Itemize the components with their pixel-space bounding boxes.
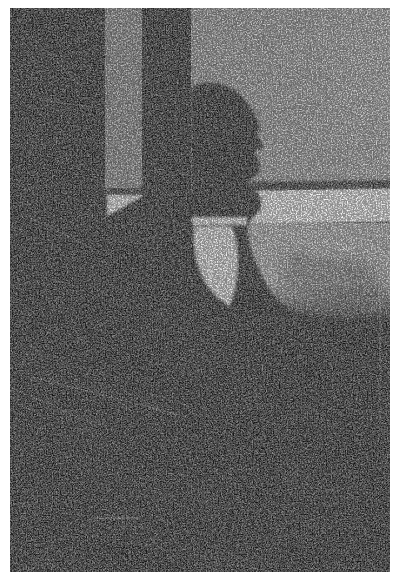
- film-grain-dark: [10, 8, 390, 572]
- photo-artwork: silhouetted figure in thought at a windo…: [10, 8, 390, 572]
- photograph: silhouetted figure in thought at a windo…: [10, 8, 390, 572]
